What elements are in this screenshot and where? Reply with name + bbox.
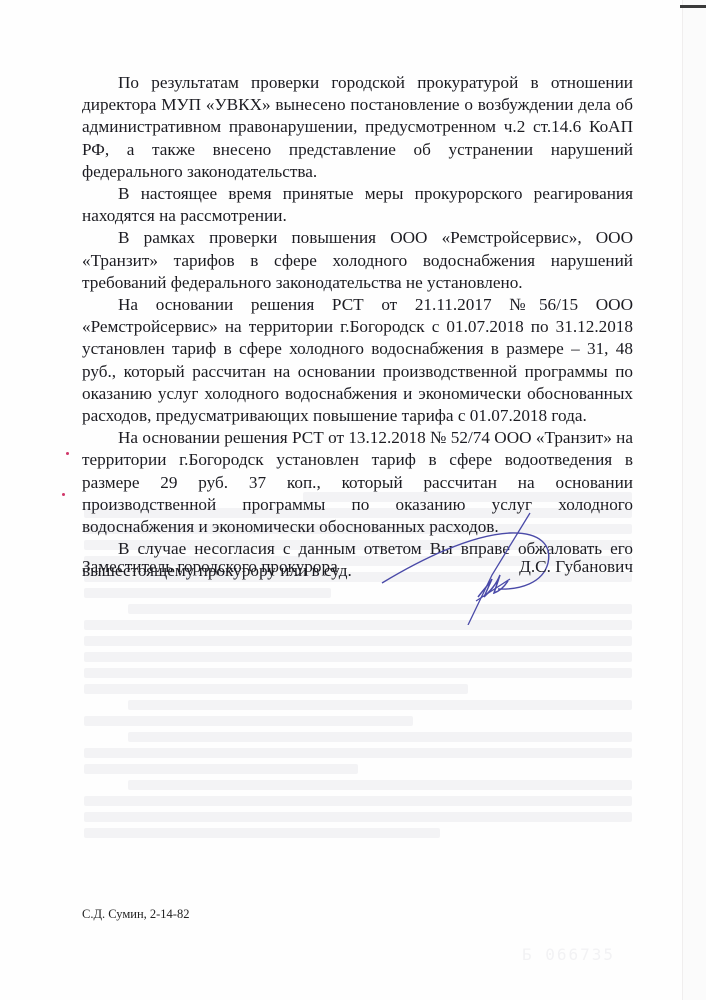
paragraph: На основании решения РСТ от 21.11.2017 №… (82, 294, 633, 427)
ink-speck (66, 452, 69, 455)
paper-edge-mark (680, 5, 706, 8)
paper-edge (682, 0, 706, 1000)
signature-block: Заместитель городского прокурора Д.С. Гу… (82, 556, 633, 580)
executor-contact: С.Д. Сумин, 2-14-82 (82, 906, 189, 922)
paragraph: В настоящее время принятые меры прокурор… (82, 183, 633, 227)
signatory-position: Заместитель городского прокурора (82, 556, 338, 578)
signatory-name: Д.С. Губанович (519, 556, 633, 578)
paragraph: По результатам проверки городской прокур… (82, 72, 633, 183)
document-page: По результатам проверки городской прокур… (0, 0, 706, 1000)
ink-speck (62, 493, 65, 496)
form-serial-number: Б 066735 (522, 945, 615, 964)
paragraph: В рамках проверки повышения ООО «Ремстро… (82, 227, 633, 294)
